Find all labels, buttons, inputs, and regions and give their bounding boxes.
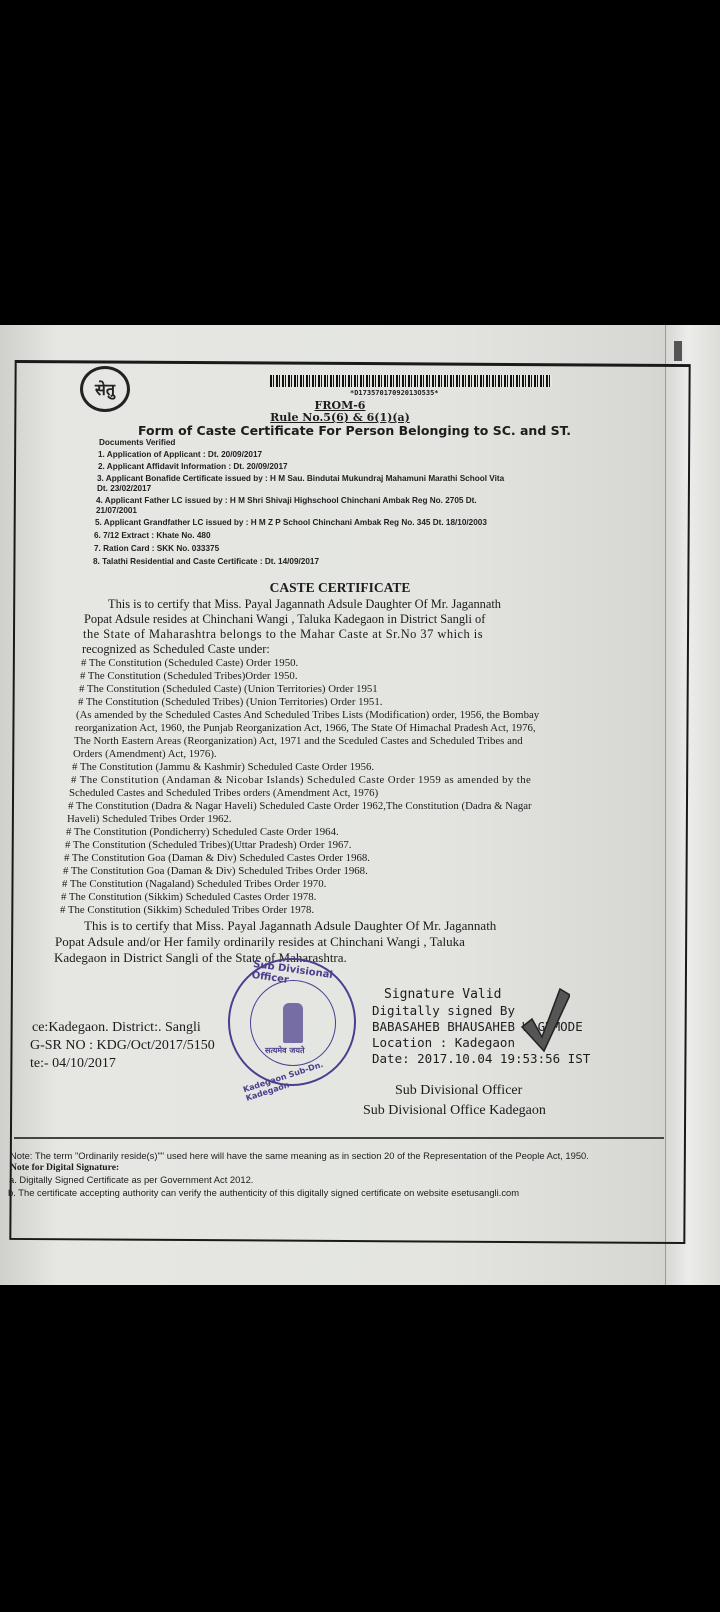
law-item: # The Constitution (Sikkim) Scheduled Tr… xyxy=(60,904,314,916)
law-item: # The Constitution (Scheduled Tribes) (U… xyxy=(78,696,382,708)
certificate-line: This is to certify that Miss. Payal Jaga… xyxy=(108,597,501,612)
signature-valid-check-icon xyxy=(520,985,570,1055)
law-item: # The Constitution (Jammu & Kashmir) Sch… xyxy=(72,761,374,773)
residence-note: Note: The term "Ordinarily reside(s)"" u… xyxy=(10,1150,589,1161)
law-item: # The Constitution (Scheduled Tribes)Ord… xyxy=(80,670,298,682)
barcode xyxy=(270,375,552,387)
document-item: 6. 7/12 Extract : Khate No. 480 xyxy=(94,531,211,540)
document-item: 21/07/2001 xyxy=(96,506,137,515)
document-item: 3. Applicant Bonafide Certificate issued… xyxy=(97,474,504,483)
document-item: 4. Applicant Father LC issued by : H M S… xyxy=(96,496,477,505)
footer-divider xyxy=(14,1137,664,1139)
certificate-line: Popat Adsule and/or Her family ordinaril… xyxy=(55,934,465,950)
law-item: Scheduled Castes and Scheduled Tribes or… xyxy=(69,787,378,799)
issue-place: ce:Kadegaon. District:. Sangli xyxy=(32,1020,201,1036)
law-item: The North Eastern Areas (Reorganization)… xyxy=(74,735,523,747)
certificate-line: Popat Adsule resides at Chinchani Wangi … xyxy=(84,612,485,627)
signature-location: Location : Kadegaon xyxy=(372,1035,515,1050)
law-item: # The Constitution (Scheduled Tribes)(Ut… xyxy=(65,839,351,851)
law-item: # The Constitution Goa (Daman & Div) Sch… xyxy=(63,865,368,877)
barcode-number: *D17357017092013O535* xyxy=(350,389,439,397)
signature-status: Signature Valid xyxy=(384,987,501,1002)
ashoka-emblem-icon xyxy=(283,1003,303,1043)
digital-signature-note-heading: Note for Digital Signature: xyxy=(10,1162,119,1173)
official-seal: सत्यमेव जयते Sub Divisional Officer Kade… xyxy=(228,958,356,1086)
seal-motto: सत्यमेव जयते xyxy=(265,1045,305,1056)
documents-heading: Documents Verified xyxy=(99,438,175,447)
certificate-line: recognized as Scheduled Caste under: xyxy=(82,642,270,657)
document-item: 2. Applicant Affidavit Information : Dt.… xyxy=(98,462,288,471)
document-item: 8. Talathi Residential and Caste Certifi… xyxy=(93,557,319,566)
law-item: # The Constitution (Scheduled Caste) (Un… xyxy=(79,683,378,695)
law-item: # The Constitution (Pondicherry) Schedul… xyxy=(66,826,339,838)
law-item: (As amended by the Scheduled Castes And … xyxy=(76,709,539,721)
law-item: # The Constitution Goa (Daman & Div) Sch… xyxy=(64,852,370,864)
office-name: Sub Divisional Office Kadegaon xyxy=(363,1103,546,1119)
signed-by-label: Digitally signed By xyxy=(372,1003,515,1018)
law-item: # The Constitution (Scheduled Caste) Ord… xyxy=(81,657,298,669)
digital-signature-note-a: a. Digitally Signed Certificate as per G… xyxy=(9,1174,253,1185)
law-item: Orders (Amendment) Act, 1976). xyxy=(73,748,217,760)
officer-designation: Sub Divisional Officer xyxy=(395,1083,522,1099)
law-item: # The Constitution (Dadra & Nagar Haveli… xyxy=(68,800,532,812)
law-item: Haveli) Scheduled Tribes Order 1962. xyxy=(67,813,232,825)
seal-inner-ring: सत्यमेव जयते xyxy=(250,980,336,1066)
form-title: Form of Caste Certificate For Person Bel… xyxy=(138,423,571,438)
document-item: Dt. 23/02/2017 xyxy=(97,484,151,493)
law-item: reorganization Act, 1960, the Punjab Reo… xyxy=(75,722,536,734)
document-item: 7. Ration Card : SKK No. 033375 xyxy=(94,544,219,553)
document-item: 5. Applicant Grandfather LC issued by : … xyxy=(95,518,487,527)
digital-signature-note-b: b. The certificate accepting authority c… xyxy=(8,1187,519,1198)
law-item: # The Constitution (Nagaland) Scheduled … xyxy=(62,878,326,890)
issue-date: te:- 04/10/2017 xyxy=(30,1056,116,1072)
law-item: # The Constitution (Sikkim) Scheduled Ca… xyxy=(61,891,316,903)
law-item: # The Constitution (Andaman & Nicobar Is… xyxy=(71,774,531,786)
caste-certificate-heading: CASTE CERTIFICATE xyxy=(0,580,680,596)
issue-sr-number: G-SR NO : KDG/Oct/2017/5150 xyxy=(30,1038,215,1054)
document-item: 1. Application of Applicant : Dt. 20/09/… xyxy=(98,450,262,459)
sheet-mark xyxy=(674,341,682,361)
certificate-line: the State of Maharashtra belongs to the … xyxy=(83,627,483,642)
certificate-line: This is to certify that Miss. Payal Jaga… xyxy=(84,918,496,934)
